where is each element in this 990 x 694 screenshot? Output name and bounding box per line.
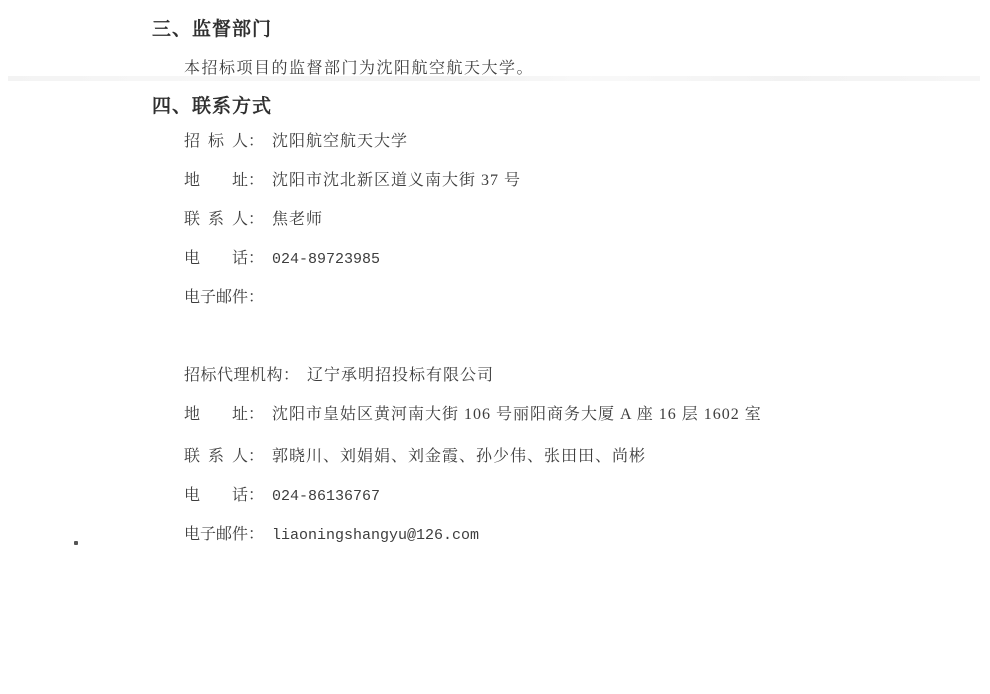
agency-name-label: 招标代理机构	[184, 362, 283, 385]
colon: ：	[248, 487, 264, 504]
agency-email-value: liaoningshangyu@126.com	[272, 527, 479, 544]
agency-name-row: 招标代理机构：辽宁承明招投标有限公司	[184, 362, 494, 385]
agency-person-value: 郭晓川、刘娟娟、刘金霞、孙少伟、张田田、尚彬	[272, 448, 646, 465]
colon: ：	[248, 133, 264, 150]
tenderer-address-row: 地址：沈阳市沈北新区道义南大街 37 号	[184, 167, 521, 190]
agency-person-label: 联系人	[184, 443, 248, 466]
tenderer-address-label: 地址	[184, 167, 248, 190]
colon: ：	[248, 211, 264, 228]
agency-name-value: 辽宁承明招投标有限公司	[307, 367, 494, 384]
supervision-body-text: 本招标项目的监督部门为沈阳航空航天大学。	[184, 55, 534, 78]
document-page: 三、监督部门 本招标项目的监督部门为沈阳航空航天大学。 四、联系方式 招标人：沈…	[0, 0, 990, 694]
colon: ：	[248, 406, 264, 423]
tenderer-email-label: 电子邮件	[184, 284, 248, 307]
agency-address-value: 沈阳市皇姑区黄河南大街 106 号丽阳商务大厦 A 座 16 层 1602 室	[272, 406, 762, 423]
tenderer-phone-label: 电话	[184, 245, 248, 268]
tenderer-address-value: 沈阳市沈北新区道义南大街 37 号	[272, 172, 521, 189]
colon: ：	[248, 526, 264, 543]
agency-address-label: 地址	[184, 401, 248, 424]
tenderer-person-value: 焦老师	[272, 211, 323, 228]
colon: ：	[248, 250, 264, 267]
colon: ：	[248, 289, 264, 306]
agency-person-row: 联系人：郭晓川、刘娟娟、刘金霞、孙少伟、张田田、尚彬	[184, 443, 646, 466]
colon: ：	[283, 367, 299, 384]
agency-phone-row: 电话：024-86136767	[184, 482, 380, 505]
tenderer-name-label: 招标人	[184, 128, 248, 151]
agency-phone-label: 电话	[184, 482, 248, 505]
tenderer-person-label: 联系人	[184, 206, 248, 229]
tenderer-phone-row: 电话：024-89723985	[184, 245, 380, 268]
agency-email-row: 电子邮件：liaoningshangyu@126.com	[184, 521, 479, 544]
tenderer-person-row: 联系人：焦老师	[184, 206, 323, 229]
section-heading-supervision: 三、监督部门	[152, 14, 272, 41]
tenderer-phone-value: 024-89723985	[272, 251, 380, 268]
scan-artifact-speck	[74, 541, 78, 545]
tenderer-name-value: 沈阳航空航天大学	[272, 133, 408, 150]
tenderer-email-row: 电子邮件：	[184, 284, 272, 307]
agency-email-label: 电子邮件	[184, 521, 248, 544]
agency-address-row: 地址：沈阳市皇姑区黄河南大街 106 号丽阳商务大厦 A 座 16 层 1602…	[184, 401, 762, 424]
tenderer-name-row: 招标人：沈阳航空航天大学	[184, 128, 408, 151]
agency-phone-value: 024-86136767	[272, 488, 380, 505]
colon: ：	[248, 448, 264, 465]
section-heading-contact: 四、联系方式	[152, 91, 272, 118]
colon: ：	[248, 172, 264, 189]
